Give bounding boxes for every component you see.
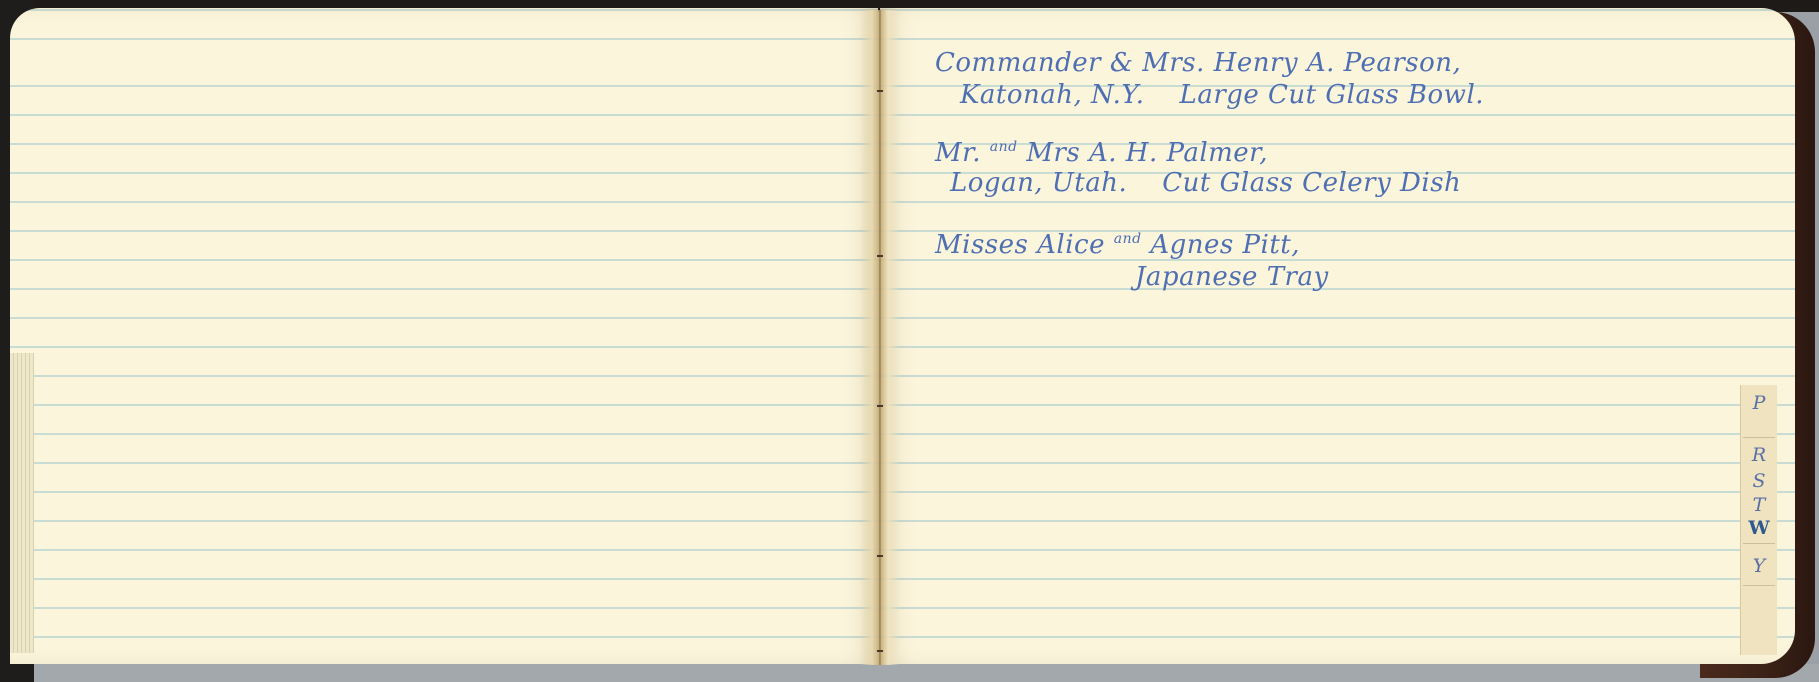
entry-3-prefix: Misses Alice xyxy=(935,230,1105,260)
entry-3-suffix: Agnes Pitt, xyxy=(1150,230,1300,260)
binding-stitch xyxy=(877,650,883,652)
entry-2-names: Mr. and Mrs A. H. Palmer, xyxy=(935,138,1268,168)
entry-1-names: Commander & Mrs. Henry A. Pearson, xyxy=(935,48,1461,78)
index-tab-y[interactable]: Y xyxy=(1745,553,1773,579)
entry-2-place-gift: Logan, Utah. Cut Glass Celery Dish xyxy=(950,168,1461,198)
entry-3-names: Misses Alice and Agnes Pitt, xyxy=(935,230,1300,260)
left-page xyxy=(10,8,878,664)
binding-stitch xyxy=(877,90,883,92)
entry-2-place: Logan, Utah. xyxy=(950,168,1127,198)
binding-stitch xyxy=(877,255,883,257)
index-tab-s[interactable]: S xyxy=(1745,468,1773,494)
binding-stitch xyxy=(877,555,883,557)
entry-2-gift: Cut Glass Celery Dish xyxy=(1162,168,1461,198)
tab-divider xyxy=(1743,543,1775,544)
scan-bottom-border xyxy=(0,664,1819,682)
page-block-edges xyxy=(10,353,34,653)
alphabet-index-tabs: P R S T W Y xyxy=(1740,385,1777,655)
entry-3-gift: Japanese Tray xyxy=(1135,262,1329,292)
entry-2-and: and xyxy=(990,139,1018,155)
entry-2-suffix: Mrs A. H. Palmer, xyxy=(1026,138,1268,168)
entry-1-place: Katonah, N.Y. xyxy=(960,80,1144,110)
entry-1-place-gift: Katonah, N.Y. Large Cut Glass Bowl. xyxy=(960,80,1484,110)
book-gutter xyxy=(860,10,900,665)
index-tab-r[interactable]: R xyxy=(1745,442,1773,468)
tab-divider xyxy=(1743,437,1775,438)
tab-divider xyxy=(1743,585,1775,586)
entry-3-and: and xyxy=(1114,231,1142,247)
index-tab-p[interactable]: P xyxy=(1745,390,1773,416)
entry-2-prefix: Mr. xyxy=(935,138,981,168)
entry-1-gift: Large Cut Glass Bowl. xyxy=(1180,80,1484,110)
binding-stitch xyxy=(877,405,883,407)
right-page: Commander & Mrs. Henry A. Pearson, Katon… xyxy=(880,8,1795,664)
index-tab-w[interactable]: W xyxy=(1745,515,1773,541)
